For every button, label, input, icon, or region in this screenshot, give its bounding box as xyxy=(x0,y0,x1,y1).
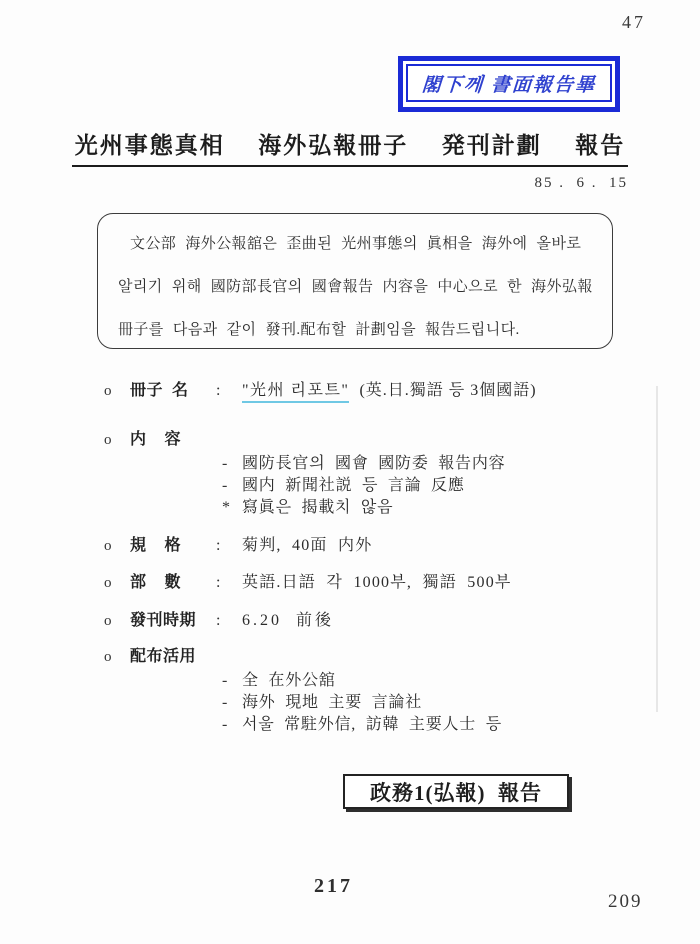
footer-page-number-center: 217 xyxy=(314,875,353,898)
colon: : xyxy=(216,536,228,556)
summary-box: 文公部 海外公報舘은 歪曲된 光州事態의 眞相을 海外에 올바로 알리기 위해 … xyxy=(97,213,613,349)
summary-line-1: 文公部 海外公報舘은 歪曲된 光州事態의 眞相을 海外에 올바로 xyxy=(118,223,596,266)
bullet-marker: o xyxy=(104,430,130,450)
detail-list: o 冊子 名 : "光州 리포트"(英.日.獨語 등 3個國語) o 内 容 -… xyxy=(104,381,644,736)
publish-date-label: 發刊時期 xyxy=(130,611,216,631)
bullet-marker: o xyxy=(104,611,130,631)
summary-line-2: 알리기 위해 國防部長官의 國會報告 内容을 中心으로 한 海外弘報 xyxy=(118,266,596,309)
department-report-stamp-text: 政務1(弘報) 報告 xyxy=(370,777,542,807)
booklet-languages-note: (英.日.獨語 등 3個國語) xyxy=(359,382,536,399)
list-item-copies: o 部 數 : 英語.日語 각 1000부, 獨語 500부 xyxy=(104,573,644,593)
corner-page-number: 47 xyxy=(622,12,646,33)
dash-marker: - xyxy=(222,453,242,475)
dash-marker: - xyxy=(222,475,242,497)
copies-label: 部 數 xyxy=(130,573,216,593)
contents-sub-item: - 國内 新聞社説 등 言論 反應 xyxy=(104,475,644,497)
contents-sub-2: 國内 新聞社説 등 言論 反應 xyxy=(242,475,465,497)
colon: : xyxy=(216,381,228,401)
asterisk-marker: * xyxy=(222,497,242,519)
distribution-sub-2: 海外 現地 主要 言論社 xyxy=(242,692,422,714)
distribution-sub-1: 全 在外公舘 xyxy=(242,670,336,692)
footer-page-number-right: 209 xyxy=(608,891,643,913)
dash-marker: - xyxy=(222,714,242,736)
approval-stamp-inner-border: 閣下께 書面報告畢 xyxy=(406,64,612,102)
copies-value: 英語.日語 각 1000부, 獨語 500부 xyxy=(242,573,512,593)
dash-marker: - xyxy=(222,670,242,692)
list-item-publish-date: o 發刊時期 : 6.20 前後 xyxy=(104,611,644,631)
contents-note: 寫眞은 揭載치 않음 xyxy=(242,497,393,519)
list-item-contents: o 内 容 xyxy=(104,430,644,450)
scanned-document-page: { "page": { "corner_number": "47", "foot… xyxy=(0,0,700,944)
format-label: 規 格 xyxy=(130,536,216,556)
document-title: 光州事態真相 海外弘報冊子 発刊計劃 報告 xyxy=(72,127,629,167)
colon: : xyxy=(216,611,228,631)
colon: : xyxy=(216,573,228,593)
booklet-name-label: 冊子 名 xyxy=(130,381,216,401)
department-report-stamp: 政務1(弘報) 報告 xyxy=(343,774,569,809)
summary-line-3: 冊子를 다음과 같이 發刊.配布할 計劃임을 報告드립니다. xyxy=(118,309,596,352)
distribution-sub-3: 서울 常駐外信, 訪韓 主要人士 등 xyxy=(242,714,502,736)
approval-stamp-box: 閣下께 書面報告畢 xyxy=(398,56,620,112)
document-title-row: 光州事態真相 海外弘報冊子 発刊計劃 報告 xyxy=(0,127,700,167)
approval-stamp-handwriting: 閣下께 書面報告畢 xyxy=(421,70,597,97)
document-date: 85 . 6 . 15 xyxy=(0,175,628,192)
scan-artifact-line xyxy=(656,386,658,712)
contents-sub-item: - 國防長官의 國會 國防委 報告内容 xyxy=(104,453,644,475)
distribution-sub-item: - 全 在外公舘 xyxy=(104,670,644,692)
format-value: 菊判, 40面 内外 xyxy=(242,536,372,556)
list-item-distribution: o 配布活用 xyxy=(104,647,644,667)
dash-marker: - xyxy=(222,692,242,714)
distribution-sub-item: - 서울 常駐外信, 訪韓 主要人士 등 xyxy=(104,714,644,736)
contents-label: 内 容 xyxy=(130,430,216,450)
list-item-booklet-name: o 冊子 名 : "光州 리포트"(英.日.獨語 등 3個國語) xyxy=(104,381,644,401)
bullet-marker: o xyxy=(104,536,130,556)
publish-date-value: 6.20 前後 xyxy=(242,611,334,631)
bullet-marker: o xyxy=(104,381,130,401)
bullet-marker: o xyxy=(104,647,130,667)
bullet-marker: o xyxy=(104,573,130,593)
booklet-title-underlined: "光州 리포트" xyxy=(242,382,349,403)
contents-sub-1: 國防長官의 國會 國防委 報告内容 xyxy=(242,453,505,475)
distribution-label: 配布活用 xyxy=(130,647,216,667)
contents-note-item: * 寫眞은 揭載치 않음 xyxy=(104,497,644,519)
list-item-format: o 規 格 : 菊判, 40面 内外 xyxy=(104,536,644,556)
distribution-sub-item: - 海外 現地 主要 言論社 xyxy=(104,692,644,714)
